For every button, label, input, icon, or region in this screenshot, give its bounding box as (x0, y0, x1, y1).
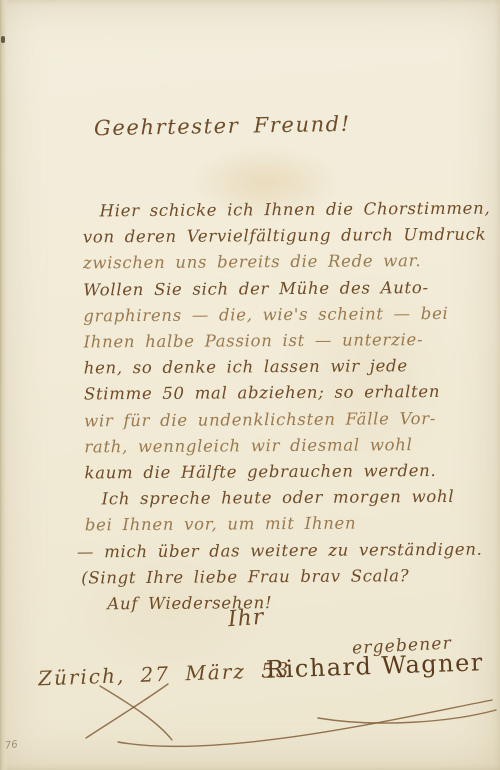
letter-line: Ich spreche heute oder morgen wohl (85, 484, 497, 513)
letter-line: Wollen Sie sich der Mühe des Auto- (83, 274, 495, 303)
date-cross-flourish (86, 684, 168, 738)
letter-line: Hier schicke ich Ihnen die Chorstimmen, (83, 196, 495, 225)
letter-line: — mich über das weitere zu verständigen. (77, 536, 497, 565)
pencil-notation: 76 (4, 739, 18, 752)
page-left-edge (0, 0, 8, 770)
letter-line: von deren Vervielfältigung durch Umdruck (83, 222, 495, 251)
letter-line: graphirens — die, wie's scheint — bei (83, 300, 495, 329)
letter-line: hen, so denke ich lassen wir jede (84, 353, 496, 382)
edge-speck (1, 36, 5, 43)
letter-line: Ihnen halbe Passion ist — unterzie- (83, 327, 495, 356)
letter-line: zwischen uns bereits die Rede war. (83, 248, 495, 277)
letter-body: Hier schicke ich Ihnen die Chorstimmen, … (83, 196, 498, 618)
letter-line: bei Ihnen vor, um mit Ihnen (85, 510, 497, 539)
letter-line: rath, wenngleich wir diesmal wohl (84, 431, 496, 460)
signature: Richard Wagner (266, 648, 485, 684)
letter-line: kaum die Hälfte gebrauchen werden. (84, 458, 496, 487)
letter-line: Auf Wiedersehen! (85, 589, 497, 618)
letter-line: Stimme 50 mal abziehen; so erhalten (84, 379, 496, 408)
letter-line: (Singt Ihre liebe Frau brav Scala? (81, 562, 497, 591)
ink-flourish (0, 680, 500, 770)
salutation: Geehrtester Freund! (94, 112, 351, 140)
letter-scan: Geehrtester Freund! Hier schicke ich Ihn… (0, 0, 500, 770)
date-cross-flourish (100, 686, 172, 740)
closing-pronoun: Ihr (227, 605, 265, 632)
signature-underline-flourish (118, 700, 492, 746)
letter-line: wir für die undenklichsten Fälle Vor- (84, 405, 496, 434)
